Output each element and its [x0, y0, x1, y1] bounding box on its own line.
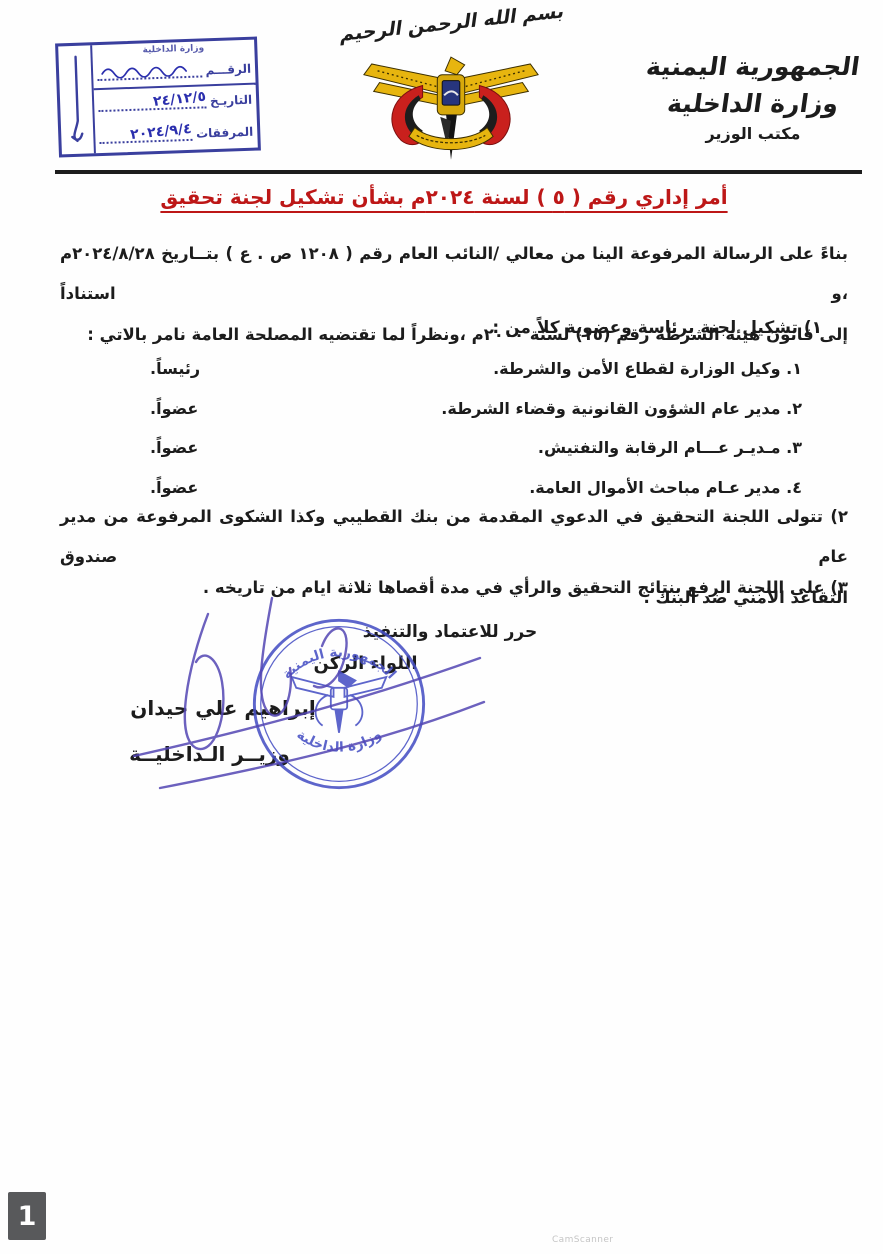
scanner-watermark: CamScanner [552, 1235, 613, 1245]
member-text: ٣. مـديـر عـــام الرقابة والتفتيش. [538, 438, 802, 457]
member-row: ١. وكيل الوزارة لقطاع الأمن والشرطة. رئي… [150, 349, 802, 389]
handwritten-date: ٢٤/١٢/٥ [152, 89, 206, 110]
stamp-number-label: الرقـــم [205, 61, 251, 77]
member-role: عضواً. [150, 438, 198, 457]
clause-2-line-1: ٢) تتولى اللجنة التحقيق في الدعوي المقدم… [60, 497, 848, 578]
basmala-calligraphy: بسم الله الرحمن الرحيم [339, 0, 566, 46]
stamp-side-mark-icon [61, 50, 90, 149]
ministry-seal-stamp: الجمهورية اليمنية وزارة الداخلية [248, 614, 430, 798]
member-text: ٤. مدير عـام مباحث الأموال العامة. [529, 478, 802, 497]
round-seal-icon: الجمهورية اليمنية وزارة الداخلية [248, 614, 430, 794]
page-number-badge: 1 [8, 1192, 46, 1240]
committee-members-list: ١. وكيل الوزارة لقطاع الأمن والشرطة. رئي… [150, 349, 802, 507]
stamp-side-column [58, 45, 96, 154]
handwritten-scribble [98, 59, 202, 79]
registry-stamp-box: وزارة الداخلية الرقـــم التاريـخ ٢٤/١٢/٥… [55, 37, 261, 158]
stamp-date-leader: ٢٤/١٢/٥ [98, 95, 206, 113]
clause-2: ٢) تتولى اللجنة التحقيق في الدعوي المقدم… [60, 497, 848, 618]
member-text: ١. وكيل الوزارة لقطاع الأمن والشرطة. [493, 359, 802, 378]
letterhead-republic: الجمهورية اليمنية [630, 52, 876, 81]
stamp-number-leader [97, 63, 203, 81]
member-role: رئيساً. [150, 359, 200, 378]
letterhead-ministry: وزارة الداخلية [630, 89, 876, 118]
yemen-emblem [358, 50, 544, 172]
scanned-document-page: وزارة الداخلية الرقـــم التاريـخ ٢٤/١٢/٥… [0, 0, 883, 1254]
stamp-attachments-label: المرفقات [196, 125, 254, 141]
header-divider-rule [55, 170, 862, 174]
stamp-date-label: التاريـخ [210, 93, 253, 108]
member-role: عضواً. [150, 399, 198, 418]
letterhead: الجمهورية اليمنية وزارة الداخلية مكتب ال… [632, 52, 874, 143]
document-title: أمر إداري رقم ( ٥ ) لسنة ٢٠٢٤م بشأن تشكي… [70, 185, 818, 209]
eagle-emblem-icon [358, 50, 544, 168]
clause-3: ٣) على اللجنة الرفع بنتائج التحقيق والرأ… [60, 578, 848, 597]
stamp-attachments-leader: ٢٠٢٤/٩/٤ [99, 127, 192, 144]
clause-1-heading: ١) تشكيل لجنة برئاسة وعضوية كلاً من : [62, 318, 822, 338]
stamp-attachments-row: المرفقات ٢٠٢٤/٩/٤ [95, 116, 258, 153]
stamp-fields: وزارة الداخلية الرقـــم التاريـخ ٢٤/١٢/٥… [92, 40, 258, 154]
member-row: ٣. مـديـر عـــام الرقابة والتفتيش. عضواً… [150, 428, 802, 468]
letterhead-office: مكتب الوزير [632, 124, 874, 143]
member-role: عضواً. [150, 478, 198, 497]
preamble-line-1: بناءً على الرسالة المرفوعة الينا من معال… [60, 234, 848, 315]
member-text: ٢. مدير عام الشؤون القانونية وقضاء الشرط… [441, 399, 802, 418]
handwritten-attachments: ٢٠٢٤/٩/٤ [130, 121, 193, 143]
member-row: ٢. مدير عام الشؤون القانونية وقضاء الشرط… [150, 389, 802, 429]
